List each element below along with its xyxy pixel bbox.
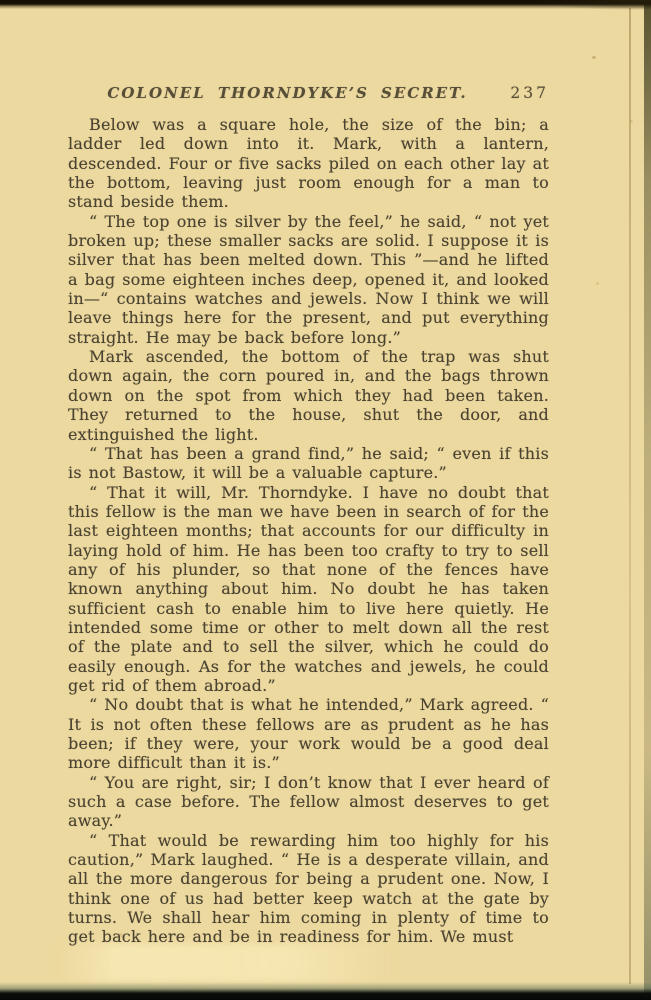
- paragraph: “ That has been a grand find,” he said; …: [68, 444, 549, 483]
- running-header-title: COLONEL THORNDYKE’S SECRET.: [68, 84, 507, 102]
- foxing-speck: [596, 282, 599, 285]
- scan-edge-top-right: [491, 0, 651, 16]
- page-edge-line: [629, 8, 631, 984]
- body-text: Below was a square hole, the size of the…: [68, 115, 549, 947]
- paragraph: “ You are right, sir; I don’t know that …: [68, 773, 549, 831]
- scan-edge-bottom: [0, 982, 651, 1000]
- paragraph: “ The top one is silver by the feel,” he…: [68, 212, 549, 347]
- paragraph: “ That would be rewarding him too highly…: [68, 831, 549, 947]
- scan-blur-artifact: [58, 944, 393, 982]
- paragraph: Below was a square hole, the size of the…: [68, 115, 549, 212]
- scanned-book-page: COLONEL THORNDYKE’S SECRET. 237 Below wa…: [0, 0, 651, 1000]
- paragraph: “ That it will, Mr. Thorndyke. I have no…: [68, 483, 549, 696]
- foxing-speck: [592, 56, 596, 59]
- running-header: COLONEL THORNDYKE’S SECRET. 237: [68, 84, 549, 106]
- page-number: 237: [510, 84, 549, 102]
- paragraph: Mark ascended, the bottom of the trap wa…: [68, 347, 549, 444]
- paragraph: “ No doubt that is what he intended,” Ma…: [68, 695, 549, 772]
- page-content: COLONEL THORNDYKE’S SECRET. 237 Below wa…: [68, 84, 549, 947]
- scan-edge-right: [644, 0, 651, 1000]
